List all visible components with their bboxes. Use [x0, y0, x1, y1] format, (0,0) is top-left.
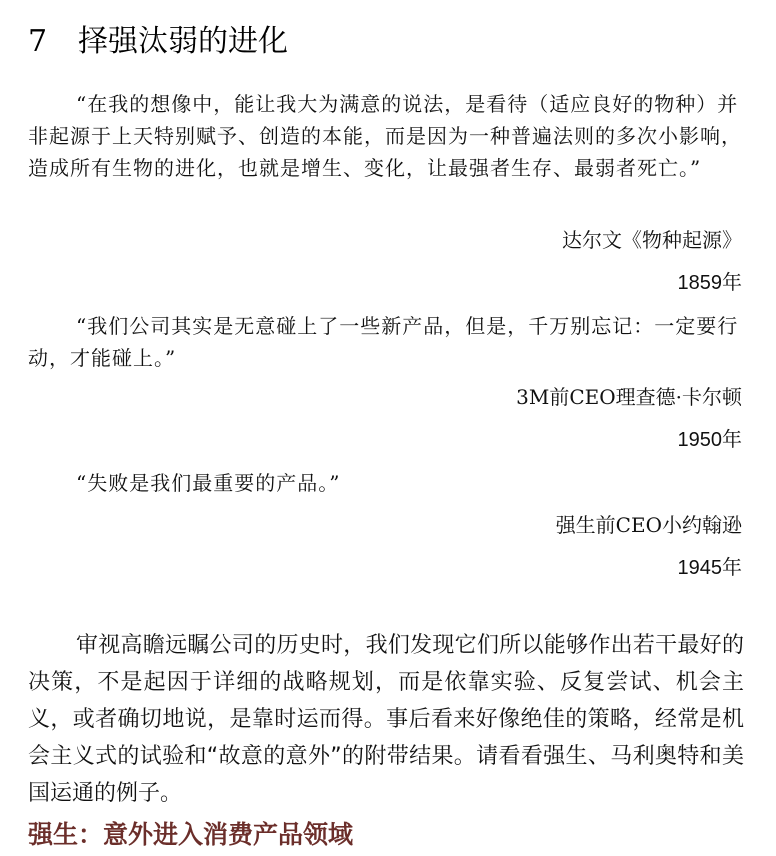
section-heading: 强生：意外进入消费产品领域: [28, 816, 353, 854]
epigraph-quote-1: “在我的想像中，能让我大为满意的说法，是看待（适应良好的物种）并非起源于上天特别…: [28, 88, 744, 184]
epigraph-attribution-1: 达尔文《物种起源》: [562, 225, 742, 255]
epigraph-quote-3: “失败是我们最重要的产品。”: [28, 467, 744, 499]
chapter-title-text: 择强汰弱的进化: [78, 24, 288, 59]
chapter-number: 7: [28, 22, 78, 62]
epigraph-year-1: 1859年: [678, 268, 743, 298]
epigraph-attribution-2: 3M前CEO理查德·卡尔顿: [516, 382, 742, 412]
epigraph-year-2: 1950年: [678, 425, 743, 455]
body-paragraph: 审视高瞻远瞩公司的历史时，我们发现它们所以能够作出若干最好的决策，不是起因于详细…: [28, 627, 744, 812]
epigraph-attribution-3: 强生前CEO小约翰逊: [556, 510, 742, 540]
epigraph-quote-2: “我们公司其实是无意碰上了一些新产品，但是，千万别忘记：一定要行动，才能碰上。”: [28, 310, 744, 374]
chapter-title: 7择强汰弱的进化: [28, 22, 288, 62]
epigraph-year-3: 1945年: [678, 553, 743, 583]
